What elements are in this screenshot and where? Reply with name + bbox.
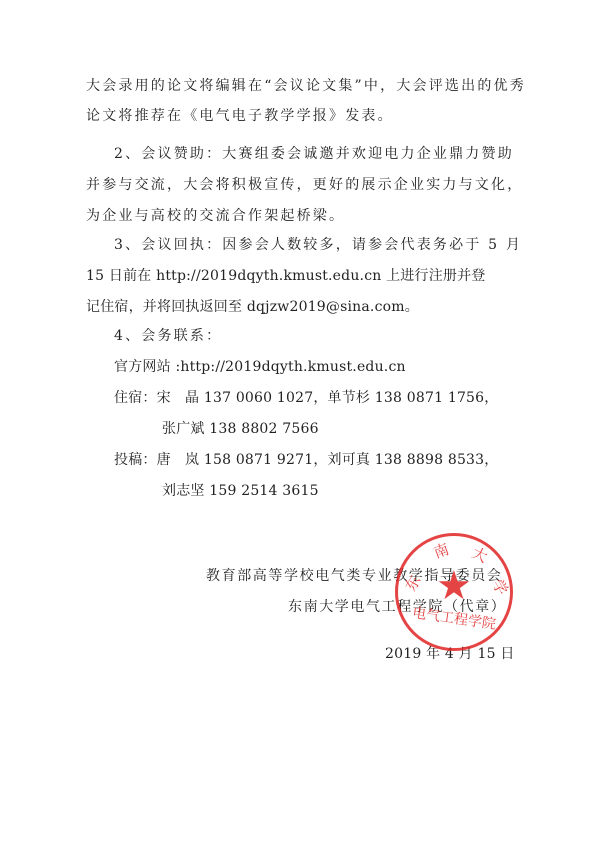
paragraph-1-line-1: 大会录用的论文将编辑在“会议论文集”中，大会评选出的优秀 — [86, 78, 526, 94]
submission-contact-line-1: 投稿：唐 岚 158 0871 9271，刘可真 138 8898 8533， — [114, 452, 498, 468]
stamp-char-3: 大 — [470, 546, 490, 566]
stamp-bottom-text: 电气工程学院 — [411, 606, 496, 633]
submission-contact-line-2: 刘志坚 159 2514 3615 — [162, 483, 319, 499]
paragraph-2-line-1: 2、会议赞助：大赛组委会诚邀并欢迎电力企业鼎力赞助 — [114, 146, 514, 162]
paragraph-4-title: 4、会务联系： — [114, 328, 222, 344]
star-icon: ★ — [436, 566, 472, 606]
official-seal-stamp: ★ 东 南 大 学 电气工程学院 — [395, 533, 513, 651]
lodging-contact-line-2: 张广斌 138 8802 7566 — [162, 421, 319, 437]
paragraph-1-line-2: 论文将推荐在《电气电子教学学报》发表。 — [86, 108, 394, 124]
paragraph-3-line-3: 记住宿，并将回执返回至 dqjzw2019@sina.com。 — [86, 299, 419, 315]
stamp-char-4: 学 — [489, 577, 509, 598]
lodging-contact-line-1: 住宿：宋 晶 137 0060 1027，单节杉 138 0871 1756， — [114, 390, 498, 406]
paragraph-2-line-2: 并参与交流，大会将积极宣传，更好的展示企业实力与文化， — [86, 177, 523, 193]
website-line: 官方网站 :http://2019dqyth.kmust.edu.cn — [114, 359, 406, 375]
paragraph-3-line-2: 15 日前在 http://2019dqyth.kmust.edu.cn 上进行… — [86, 268, 486, 284]
paragraph-3-line-1: 3、会议回执：因参会人数较多，请参会代表务必于 5 月 — [114, 237, 522, 253]
stamp-char-1: 东 — [403, 573, 423, 594]
stamp-char-2: 南 — [432, 542, 451, 561]
paragraph-2-line-3: 为企业与高校的交流合作架起桥梁。 — [86, 208, 345, 224]
